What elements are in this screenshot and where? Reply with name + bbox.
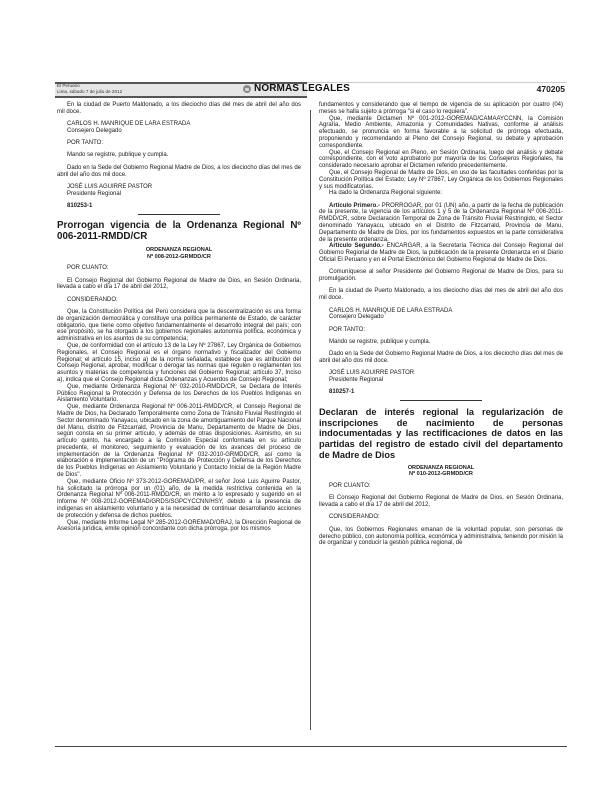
paragraph: Ha dado la Ordenanza Regional siguiente:: [319, 190, 563, 197]
considerando: CONSIDERANDO:: [319, 514, 563, 521]
paragraph: El Consejo Regional del Gobierno Regiona…: [57, 278, 301, 292]
mando-text: Mando se registre, publique y cumpla.: [57, 152, 301, 159]
article-text: PRORROGAR, por 01 (UN) año, a partir de …: [319, 203, 563, 243]
footer-rule: [55, 746, 567, 747]
paragraph: Que, la Constitución Política del Perú c…: [57, 309, 301, 343]
separator-rule: [400, 400, 482, 401]
paragraph: Comuníquese al señor Presidente del Gobi…: [319, 269, 563, 283]
page-header: El Peruano Lima, sábado 7 de julio de 20…: [55, 82, 567, 98]
paragraph: Que, el Consejo Regional de Madre de Dio…: [319, 170, 563, 190]
paragraph: Que, los Gobiernos Regionales emanan de …: [319, 527, 563, 547]
signatory-name: JOSÉ LUIS AGUIRRE PASTOR: [57, 184, 301, 191]
paragraph: Que, el Consejo Regional en Pleno, en Se…: [319, 150, 563, 170]
paragraph: Que, mediante Ordenanza Regional Nº 032-…: [57, 384, 301, 404]
article-heading: Declaran de interés regional la regulari…: [319, 407, 563, 460]
dateline: Lima, sábado 7 de julio de 2012: [57, 89, 122, 95]
document-code: 810257-1: [319, 389, 563, 396]
document-code: 810253-1: [57, 203, 301, 210]
dado-text: Dado en la Sede del Gobierno Regional Ma…: [319, 351, 563, 365]
right-column: fundamentos y considerando que el tiempo…: [319, 102, 563, 547]
article-segundo: Artículo Segundo.- ENCARGAR, a la Secret…: [319, 243, 563, 263]
coat-of-arms-icon: [243, 85, 251, 93]
mando-text: Mando se registre, publique y cumpla.: [319, 339, 563, 346]
signatory-role: Presidente Regional: [319, 377, 563, 384]
paragraph: Que, mediante Ordenanza Regional Nº 006-…: [57, 404, 301, 479]
paragraph: En la ciudad de Puerto Maldonado, a los …: [319, 288, 563, 302]
signatory-name: JOSÉ LUIS AGUIRRE PASTOR: [319, 370, 563, 377]
article-label: Artículo Segundo.-: [329, 243, 384, 249]
article-primero: Artículo Primero.- PRORROGAR, por 01 (UN…: [319, 203, 563, 244]
body-columns: En la ciudad de Puerto Maldonado, a los …: [55, 102, 567, 746]
por-cuanto: POR CUANTO:: [319, 483, 563, 490]
considerando: CONSIDERANDO:: [57, 297, 301, 304]
dado-text: Dado en la Sede del Gobierno Regional Ma…: [57, 165, 301, 179]
article-heading: Prorrogan vigencia de la Ordenanza Regio…: [57, 221, 301, 243]
signatory-role: Consejero Delegado: [57, 128, 301, 135]
por-tanto: POR TANTO:: [319, 327, 563, 334]
paragraph: Que, de conformidad con el artículo 13 d…: [57, 343, 301, 384]
signatory-role: Presidente Regional: [57, 191, 301, 198]
column-divider: [310, 110, 311, 730]
page-number: 470205: [537, 84, 565, 94]
paragraph: Que, mediante Informe Legal Nº 285-2012-…: [57, 520, 301, 534]
signatory-name: CARLOS H. MANRIQUE DE LARA ESTRADA: [319, 308, 563, 315]
newspaper-page: El Peruano Lima, sábado 7 de julio de 20…: [55, 82, 567, 98]
por-tanto: POR TANTO:: [57, 140, 301, 147]
section-title: NORMAS LEGALES: [254, 83, 350, 94]
left-column: En la ciudad de Puerto Maldonado, a los …: [57, 102, 301, 533]
paragraph: Que, mediante Dictamen Nº 001-2012-GOREM…: [319, 116, 563, 150]
separator-rule: [138, 214, 220, 215]
signatory-role: Consejero Delegado: [319, 314, 563, 321]
article-label: Artículo Primero.-: [329, 203, 380, 209]
paragraph: El Consejo Regional del Gobierno Regiona…: [319, 495, 563, 509]
signatory-name: CARLOS H. MANRIQUE DE LARA ESTRADA: [57, 121, 301, 128]
paragraph: fundamentos y considerando que el tiempo…: [319, 102, 563, 116]
paragraph: Que, mediante Oficio Nº 373-2012-GOREMAD…: [57, 479, 301, 520]
por-cuanto: POR CUANTO:: [57, 265, 301, 272]
paragraph: En la ciudad de Puerto Maldonado, a los …: [57, 102, 301, 116]
section-title-group: NORMAS LEGALES: [243, 83, 350, 94]
publication-info: El Peruano Lima, sábado 7 de julio de 20…: [57, 83, 122, 94]
